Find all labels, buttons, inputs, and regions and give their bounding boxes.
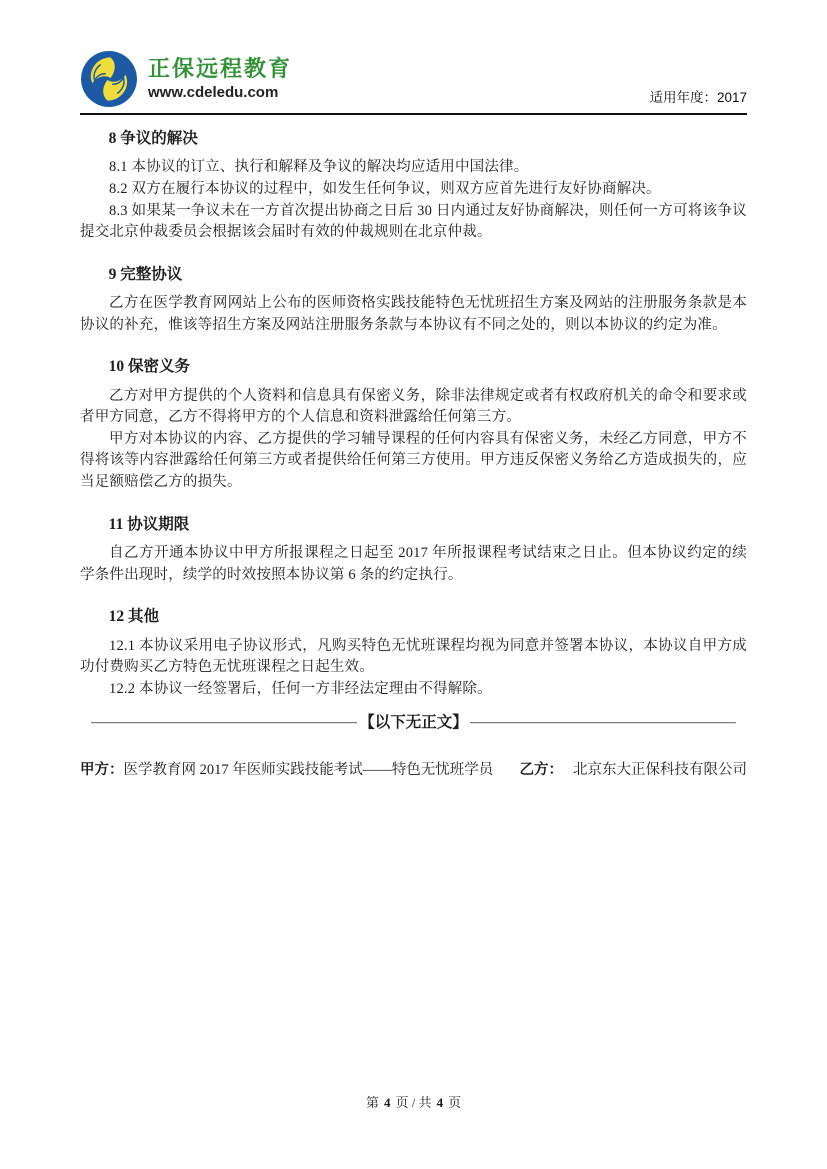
brand-logo: 正保远程教育 www.cdeledu.com	[80, 50, 292, 108]
document-page: 正保远程教育 www.cdeledu.com 适用年度：2017 8 争议的解决…	[0, 0, 827, 1169]
separator-right-dashes: ———————————————————	[470, 713, 736, 733]
clause-8-1: 8.1 本协议的订立、执行和解释及争议的解决均应适用中国法律。	[80, 157, 747, 179]
brand-logo-icon	[80, 50, 138, 108]
footer-middle: 页 / 共	[395, 1095, 431, 1110]
section-10-heading: 10 保密义务	[80, 357, 747, 376]
brand-website: www.cdeledu.com	[148, 84, 292, 102]
clause-9-paragraph: 乙方在医学教育网网站上公布的医师资格实践技能特色无忧班招生方案及网站的注册服务条…	[80, 293, 747, 336]
signature-parties-row: 甲方：医学教育网 2017 年医师实践技能考试——特色无忧班学员 乙方：北京东大…	[80, 760, 747, 781]
party-a-group: 甲方：医学教育网 2017 年医师实践技能考试——特色无忧班学员	[80, 760, 493, 781]
party-b-label: 乙方：	[520, 762, 564, 778]
party-b-group: 乙方：北京东大正保科技有限公司	[520, 760, 748, 781]
section-11-heading: 11 协议期限	[80, 515, 747, 534]
clause-8-2: 8.2 双方在履行本协议的过程中，如发生任何争议，则双方应首先进行友好协商解决。	[80, 179, 747, 201]
section-9-heading: 9 完整协议	[80, 265, 747, 284]
clause-10-paragraph-2: 甲方对本协议的内容、乙方提供的学习辅导课程的任何内容具有保密义务，未经乙方同意，…	[80, 429, 747, 494]
document-body: 8 争议的解决 8.1 本协议的订立、执行和解释及争议的解决均应适用中国法律。 …	[80, 115, 747, 781]
clause-12-2: 12.2 本协议一经签署后，任何一方非经法定理由不得解除。	[80, 679, 747, 701]
footer-current-page: 4	[384, 1095, 391, 1110]
separator-left-dashes: ———————————————————	[91, 713, 357, 733]
clause-12-1: 12.1 本协议采用电子协议形式，凡购买特色无忧班课程均视为同意并签署本协议，本…	[80, 636, 747, 679]
applicable-year-label: 适用年度：2017	[649, 86, 747, 108]
brand-text-block: 正保远程教育 www.cdeledu.com	[148, 56, 292, 102]
clause-11-paragraph: 自乙方开通本协议中甲方所报课程之日起至 2017 年所报课程考试结束之日止。但本…	[80, 543, 747, 586]
party-b-value: 北京东大正保科技有限公司	[573, 762, 747, 778]
document-header: 正保远程教育 www.cdeledu.com 适用年度：2017	[80, 50, 747, 115]
section-12-heading: 12 其他	[80, 607, 747, 626]
party-a-label: 甲方：	[80, 762, 124, 778]
separator-label: 【以下无正文】	[357, 713, 470, 733]
clause-10-paragraph-1: 乙方对甲方提供的个人资料和信息具有保密义务，除非法律规定或者有权政府机关的命令和…	[80, 386, 747, 429]
clause-8-3: 8.3 如果某一争议未在一方首次提出协商之日后 30 日内通过友好协商解决，则任…	[80, 201, 747, 244]
footer-suffix: 页	[448, 1095, 461, 1110]
brand-name: 正保远程教育	[148, 56, 292, 82]
page-number-footer: 第4页 / 共4页	[0, 1092, 827, 1111]
footer-total-pages: 4	[437, 1095, 444, 1110]
no-more-text-separator: ——————————————————— 【以下无正文】 ————————————…	[80, 713, 747, 733]
party-a-value: 医学教育网 2017 年医师实践技能考试——特色无忧班学员	[124, 762, 494, 778]
section-8-heading: 8 争议的解决	[80, 129, 747, 148]
footer-prefix: 第	[366, 1095, 379, 1110]
